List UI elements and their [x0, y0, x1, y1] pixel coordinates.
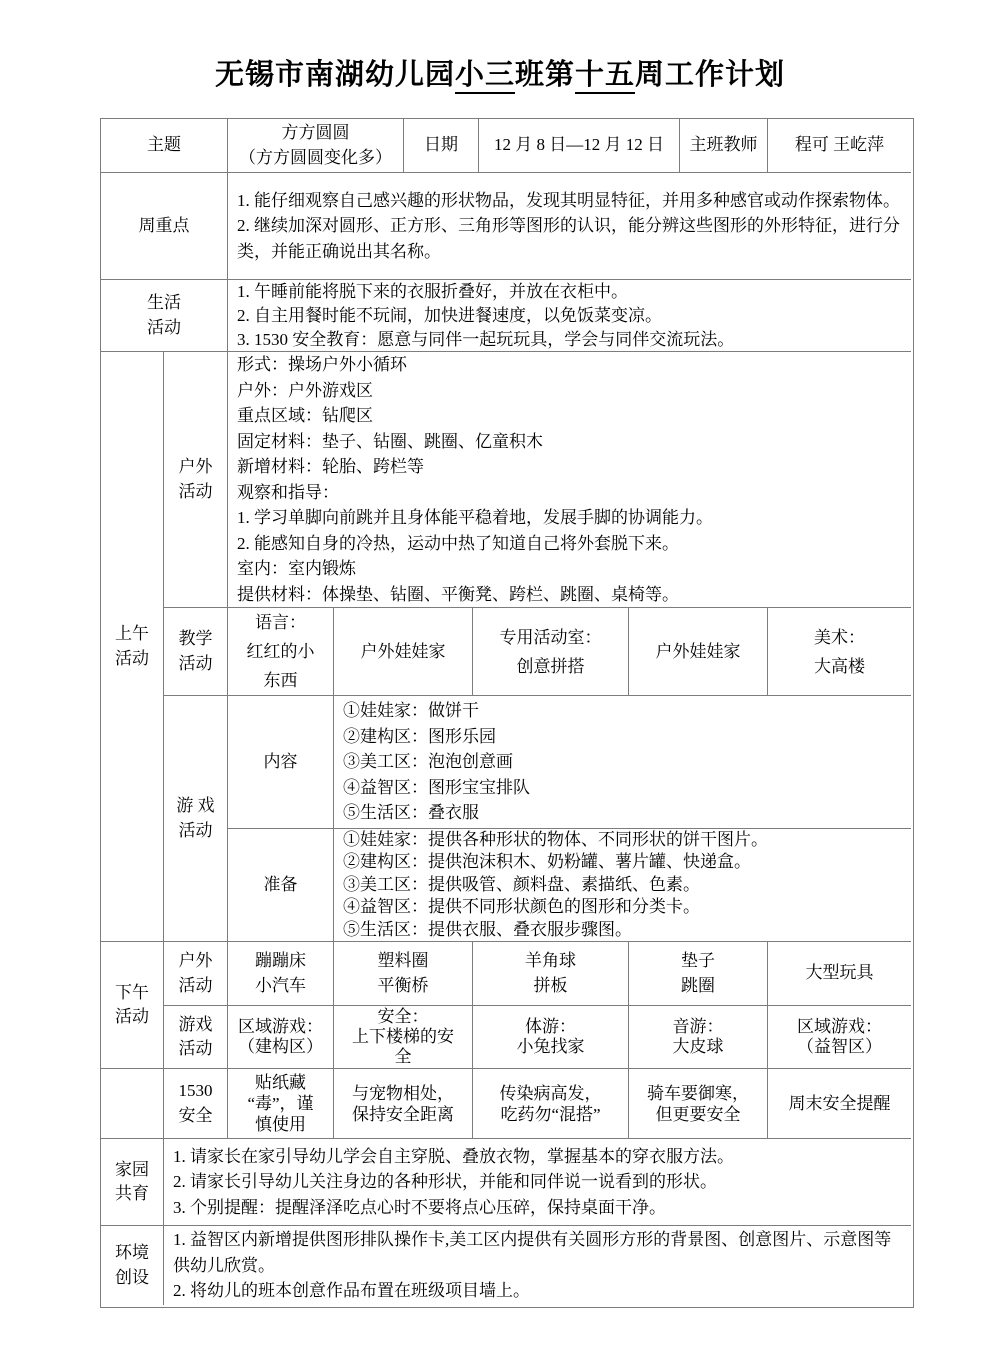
teacher-value-cell: 程可 王屹萍 — [768, 119, 911, 173]
am-outdoor-content-cell: 形式：操场户外小循环 户外：户外游戏区 重点区域：钻爬区 固定材料：垫子、钻圈、… — [228, 352, 911, 608]
games-content-cell: ①娃娃家：做饼干 ②建构区：图形乐园 ③美工区：泡泡创意画 ④益智区：图形宝宝排… — [334, 696, 911, 829]
am-teaching-label-cell: 教学 活动 — [164, 608, 228, 696]
games-prep-cell: ①娃娃家：提供各种形状的物体、不同形状的饼干图片。 ②建构区：提供泡沫积木、奶粉… — [334, 829, 911, 942]
am-outdoor-label-cell: 户外 活动 — [164, 352, 228, 608]
document-page: 无锡市南湖幼儿园小三班第十五周工作计划 主题 方方圆圆 （方方圆圆变化多） 日期… — [0, 0, 1000, 1370]
home-coop-content-cell: 1. 请家长在家引导幼儿学会自主穿脱、叠放衣物，掌握基本的穿衣服方法。 2. 请… — [164, 1139, 911, 1226]
pm-outdoor-cell-1: 蹦蹦床 小汽车 — [228, 942, 334, 1006]
am-games-label-cell: 游 戏 活动 — [164, 696, 228, 942]
pm-outdoor-cell-3: 羊角球 拼板 — [473, 942, 629, 1006]
pm-outdoor-cell-5: 大型玩具 — [768, 942, 911, 1006]
am-teaching-cell-4: 户外娃娃家 — [629, 608, 768, 696]
pm-activity-label-cell: 下午 活动 — [101, 942, 164, 1069]
am-teaching-cell-1: 语言： 红红的小 东西 — [228, 608, 334, 696]
safety-1530-cell-1: 贴纸藏 “毒”，谨 慎使用 — [228, 1069, 334, 1139]
safety-1530-label-cell: 1530 安全 — [164, 1069, 228, 1139]
title-underlined-week: 十五 — [575, 59, 635, 94]
life-activity-content-cell: 1. 午睡前能将脱下来的衣服折叠好，并放在衣柜中。 2. 自主用餐时能不玩闹，加… — [228, 280, 911, 352]
pm-outdoor-label-cell: 户外 活动 — [164, 942, 228, 1006]
date-label-cell: 日期 — [404, 119, 479, 173]
env-setup-label-cell: 环境 创设 — [101, 1226, 164, 1305]
date-value-cell: 12 月 8 日—12 月 12 日 — [479, 119, 680, 173]
am-activity-label-cell: 上午 活动 — [101, 352, 164, 942]
life-activity-label-cell: 生活 活动 — [101, 280, 228, 352]
theme-value-cell: 方方圆圆 （方方圆圆变化多） — [228, 119, 404, 173]
env-setup-content-cell: 1. 益智区内新增提供图形排队操作卡,美工区内提供有关圆形方形的背景图、创意图片… — [164, 1226, 911, 1305]
teacher-label-cell: 主班教师 — [680, 119, 768, 173]
safety-1530-cell-4: 骑车要御寒， 但更要安全 — [629, 1069, 768, 1139]
title-segment: 无锡市南湖幼儿园 — [215, 59, 455, 91]
page-title: 无锡市南湖幼儿园小三班第十五周工作计划 — [0, 52, 1000, 93]
home-coop-label-cell: 家园 共育 — [101, 1139, 164, 1226]
title-underlined-class: 小三 — [455, 59, 515, 94]
theme-label-cell: 主题 — [101, 119, 228, 173]
pm-games-cell-1: 区域游戏： （建构区） — [228, 1006, 334, 1069]
title-segment: 周工作计划 — [635, 59, 785, 91]
safety-1530-cell-3: 传染病高发， 吃药勿“混搭” — [473, 1069, 629, 1139]
empty-cell — [101, 1069, 164, 1139]
pm-games-cell-5: 区域游戏： （益智区） — [768, 1006, 911, 1069]
pm-outdoor-cell-2: 塑料圈 平衡桥 — [334, 942, 473, 1006]
games-content-label-cell: 内容 — [228, 696, 334, 829]
games-prep-label-cell: 准备 — [228, 829, 334, 942]
pm-games-label-cell: 游戏 活动 — [164, 1006, 228, 1069]
title-segment: 班第 — [515, 59, 575, 91]
pm-games-cell-4: 音游： 大皮球 — [629, 1006, 768, 1069]
pm-games-cell-3: 体游： 小兔找家 — [473, 1006, 629, 1069]
am-teaching-cell-5: 美术： 大高楼 — [768, 608, 911, 696]
am-teaching-cell-2: 户外娃娃家 — [334, 608, 473, 696]
week-focus-label-cell: 周重点 — [101, 173, 228, 280]
safety-1530-cell-5: 周末安全提醒 — [768, 1069, 911, 1139]
weekly-plan-table: 主题 方方圆圆 （方方圆圆变化多） 日期 12 月 8 日—12 月 12 日 … — [100, 118, 914, 1308]
am-teaching-cell-3: 专用活动室： 创意拼搭 — [473, 608, 629, 696]
pm-games-cell-2: 安全： 上下楼梯的安 全 — [334, 1006, 473, 1069]
pm-outdoor-cell-4: 垫子 跳圈 — [629, 942, 768, 1006]
safety-1530-cell-2: 与宠物相处， 保持安全距离 — [334, 1069, 473, 1139]
week-focus-content-cell: 1. 能仔细观察自己感兴趣的形状物品，发现其明显特征，并用多种感官或动作探索物体… — [228, 173, 911, 280]
